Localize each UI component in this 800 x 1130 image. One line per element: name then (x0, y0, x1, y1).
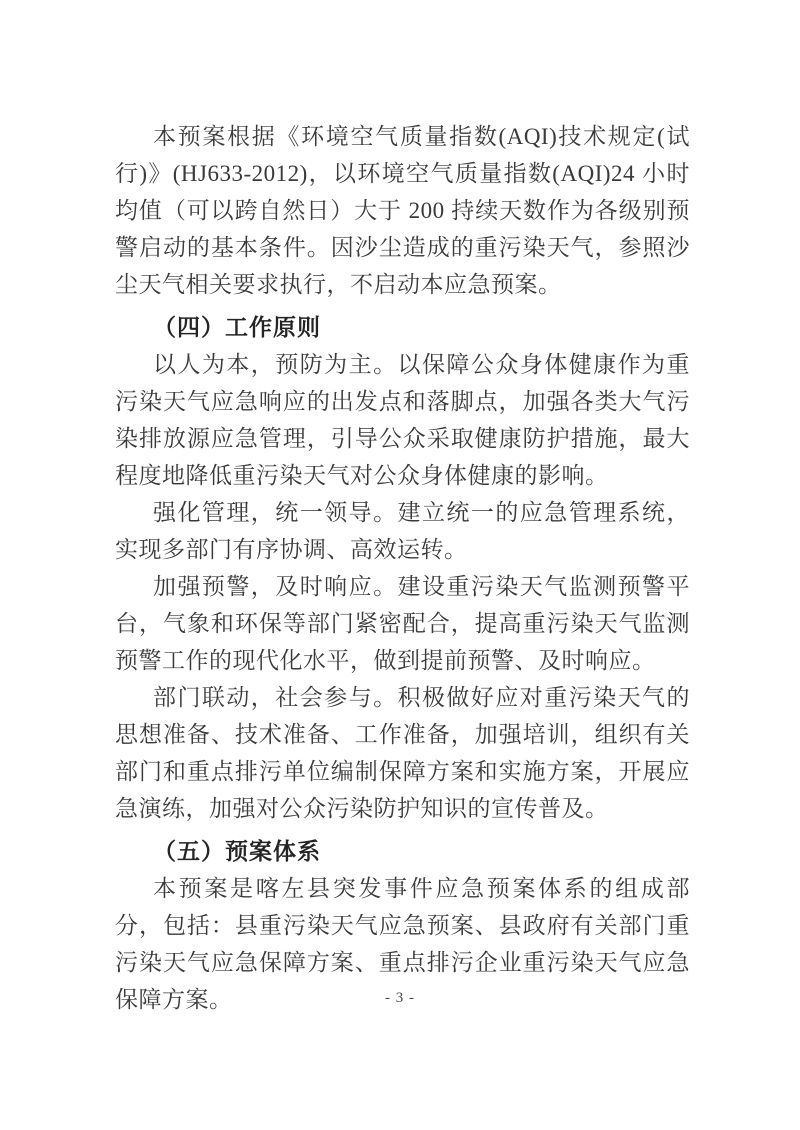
paragraph-people-first: 以人为本，预防为主。以保障公众身体健康作为重污染天气应急响应的出发点和落脚点，加… (115, 346, 690, 494)
section-heading-plan-system: （五）预案体系 (115, 833, 690, 870)
section-heading-work-principles: （四）工作原则 (115, 309, 690, 346)
paragraph-early-warning: 加强预警，及时响应。建设重污染天气监测预警平台，气象和环保等部门紧密配合，提高重… (115, 568, 690, 679)
document-page: 本预案根据《环境空气质量指数(AQI)技术规定(试行)》(HJ633-2012)… (0, 0, 800, 1130)
page-footer: - 3 - (0, 990, 800, 1007)
paragraph-aqi-basis: 本预案根据《环境空气质量指数(AQI)技术规定(试行)》(HJ633-2012)… (115, 118, 690, 303)
document-body: 本预案根据《环境空气质量指数(AQI)技术规定(试行)》(HJ633-2012)… (115, 118, 690, 1018)
paragraph-department-coordination: 部门联动，社会参与。积极做好应对重污染天气的思想准备、技术准备、工作准备，加强培… (115, 679, 690, 827)
paragraph-unified-management: 强化管理，统一领导。建立统一的应急管理系统，实现多部门有序协调、高效运转。 (115, 494, 690, 568)
page-number: - 3 - (385, 990, 415, 1006)
